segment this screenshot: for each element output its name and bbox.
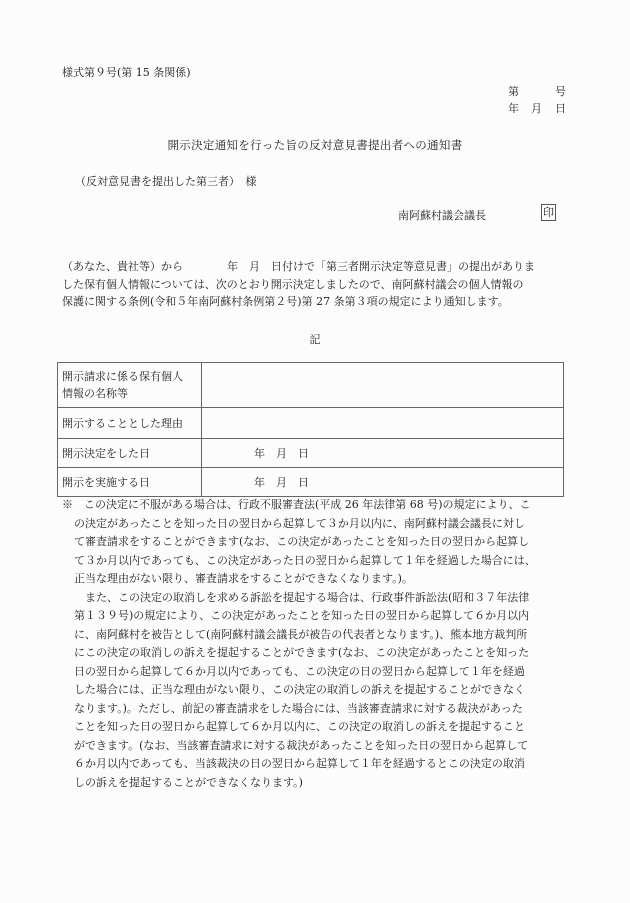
- body-line: （あなた、貴社等）から 年 月 日付けで「第三者開示決定等意見書」の提出がありま: [62, 258, 568, 276]
- row-value: [202, 408, 564, 439]
- note-line: した場合には、正当な理由がない限り、この決定の取消しの訴えを提起することができな…: [62, 681, 572, 700]
- body-paragraph: （あなた、貴社等）から 年 月 日付けで「第三者開示決定等意見書」の提出がありま…: [62, 258, 568, 311]
- note-line: ※ この決定に不服がある場合は、行政不服審査法(平成 26 年法律第 68 号)…: [62, 496, 572, 515]
- date-day: 日: [555, 100, 566, 116]
- document-title: 開示決定通知を行った旨の反対意見書提出者への通知書: [0, 137, 630, 153]
- note-line: て３か月以内であっても、この決定があった日の翌日から起算して１年を経過した場合に…: [62, 552, 572, 571]
- note-line: ができます。(なお、当該審査請求に対する裁決があったことを知った日の翌日から起算…: [62, 737, 572, 756]
- sender-name: 南阿蘇村議会議長: [398, 207, 486, 223]
- note-line: ことを知った日の翌日から起算して６か月以内に、この決定の取消しの訴えを提起するこ…: [62, 718, 572, 737]
- note-line: ６か月以内であっても、当該裁決の日の翌日から起算して１年を経過するとこの決定の取…: [62, 755, 572, 774]
- row-label: 開示請求に係る保有個人 情報の名称等: [58, 363, 202, 408]
- note-line: しの訴えを提起することができなくなります。): [62, 774, 572, 793]
- row-value: [202, 363, 564, 408]
- seal-stamp: 印: [541, 204, 556, 221]
- note-line: なります。)。ただし、前記の審査請求をした場合には、当該審査請求に対する裁決があ…: [62, 700, 572, 719]
- table-row: 開示請求に係る保有個人 情報の名称等: [58, 363, 564, 408]
- row-value: 年 月 日: [202, 439, 564, 468]
- note-line: また、この決定の取消しを求める訴訟を提起する場合は、行政事件訴訟法(昭和３７年法…: [62, 589, 572, 608]
- body-line: した保有個人情報については、次のとおり開示決定しましたので、南阿蘇村議会の個人情…: [62, 276, 568, 294]
- table-row: 開示することとした理由: [58, 408, 564, 439]
- row-label: 開示を実施する日: [58, 468, 202, 497]
- label-line: 開示請求に係る保有個人: [62, 368, 197, 385]
- number-prefix: 第: [508, 83, 519, 99]
- details-table: 開示請求に係る保有個人 情報の名称等 開示することとした理由 開示決定をした日 …: [57, 362, 564, 497]
- row-label: 開示決定をした日: [58, 439, 202, 468]
- date-month: 月: [531, 100, 542, 116]
- label-line: 情報の名称等: [62, 385, 197, 402]
- note-line: 日の翌日から起算して６か月以内であっても、この決定の日の翌日から起算して１年を経…: [62, 663, 572, 682]
- ki-heading: 記: [0, 331, 630, 347]
- addressee: （反対意見書を提出した第三者） 様: [75, 173, 257, 189]
- note-line: に、南阿蘇村を被告として(南阿蘇村議会議長が被告の代表者となります。)、熊本地方…: [62, 626, 572, 645]
- note-line: にこの決定の取消しの訴えを提起することができます(なお、この決定があったことを知…: [62, 644, 572, 663]
- note-line: の決定があったことを知った日の翌日から起算して３か月以内に、南阿蘇村議会議長に対…: [62, 515, 572, 534]
- date-year: 年: [508, 100, 519, 116]
- notes-section: ※ この決定に不服がある場合は、行政不服審査法(平成 26 年法律第 68 号)…: [62, 496, 572, 792]
- note-line: 第１３９号)の規定により、この決定があったことを知った日の翌日から起算して６か月…: [62, 607, 572, 626]
- form-identifier: 様式第９号(第 15 条関係): [62, 64, 191, 80]
- row-label: 開示することとした理由: [58, 408, 202, 439]
- body-line: 保護に関する条例(令和５年南阿蘇村条例第２号)第 27 条第３項の規定により通知…: [62, 293, 568, 311]
- table-row: 開示を実施する日 年 月 日: [58, 468, 564, 497]
- note-line: て審査請求をすることができます(なお、この決定があったことを知った日の翌日から起…: [62, 533, 572, 552]
- number-suffix: 号: [555, 83, 566, 99]
- row-value: 年 月 日: [202, 468, 564, 497]
- table-row: 開示決定をした日 年 月 日: [58, 439, 564, 468]
- note-line: 正当な理由がない限り、審査請求をすることができなくなります。)。: [62, 570, 572, 589]
